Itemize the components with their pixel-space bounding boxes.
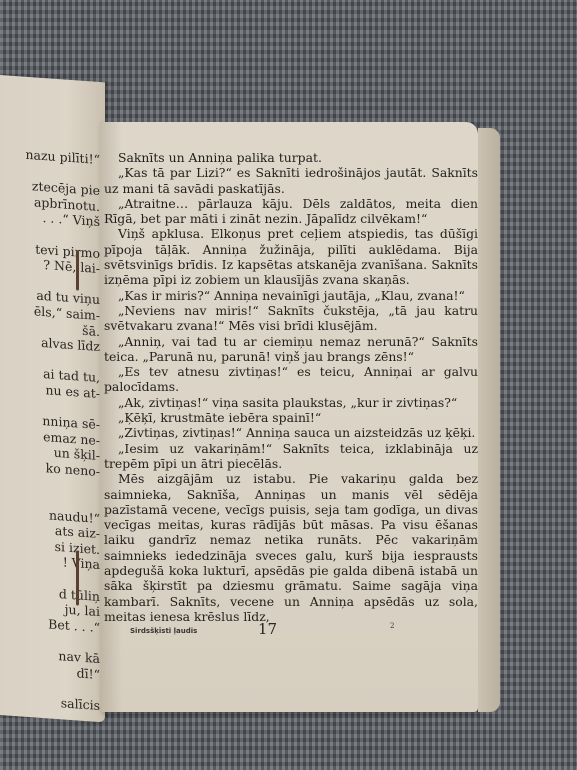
staple-bottom xyxy=(76,550,79,605)
signature-mark: 2 xyxy=(390,622,394,630)
right-page: Saknīts un Anniņa palika turpat. „Kas tā… xyxy=(100,122,478,712)
paragraph: „Kas ir miris?“ Anniņa nevainīgi jautāja… xyxy=(104,288,478,303)
paragraph: „Atraitne… pārlauza kāju. Dēls zaldātos,… xyxy=(104,196,478,227)
paragraph: „Zivtiņas, zivtiņas!“ Anniņa sauca un ai… xyxy=(104,425,478,440)
left-page-text: nazu pilīti!“ztecēja pieapbrīnotu.. . .“… xyxy=(0,145,105,714)
paragraph: „Kas tā par Lizi?“ es Saknīti iedrošināj… xyxy=(104,165,478,196)
paragraph: „Es tev atnesu zivtiņas!“ es teicu, Anni… xyxy=(104,364,478,395)
paragraph: Saknīts un Anniņa palika turpat. xyxy=(104,150,478,165)
paragraph: „Ak, zivtiņas!“ viņa sasita plaukstas, „… xyxy=(104,395,478,410)
page-edge xyxy=(478,128,500,712)
paragraph: Mēs aizgājām uz istabu. Pie vakariņu gal… xyxy=(104,471,478,624)
running-footer-title: Sirdsšķīsti ļaudis xyxy=(130,627,197,635)
paragraph: „Ķēķī, krustmāte iebēra spainī!“ xyxy=(104,410,478,425)
paragraph: „Neviens nav miris!“ Saknīts čukstēja, „… xyxy=(104,303,478,334)
paragraph: „Iesim uz vakariņām!“ Saknīts teica, izk… xyxy=(104,441,478,472)
paragraph: „Anniņ, vai tad tu ar ciemiņu nemaz neru… xyxy=(104,334,478,365)
staple-top xyxy=(76,250,79,290)
page-number: 17 xyxy=(258,620,277,638)
left-page: nazu pilīti!“ztecēja pieapbrīnotu.. . .“… xyxy=(0,74,105,723)
paragraph: Viņš apklusa. Elkoņus pret ceļiem atspie… xyxy=(104,226,478,287)
body-text: Saknīts un Anniņa palika turpat. „Kas tā… xyxy=(104,150,478,624)
